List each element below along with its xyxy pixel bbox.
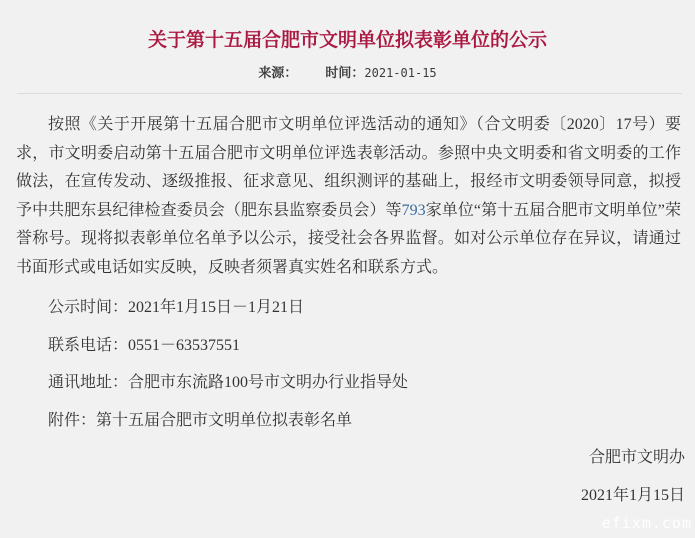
site-watermark: efixm.com [602, 514, 692, 532]
detail-value: 合肥市东流路100号市文明办行业指导处 [128, 374, 408, 391]
time-label: 时间： [325, 65, 364, 80]
detail-label: 附件： [48, 412, 96, 429]
meta-row: 来源：时间：2021-01-15 [0, 65, 695, 81]
detail-label: 通讯地址： [48, 374, 128, 391]
detail-publicity-period: 公示时间：2021年1月15日－1月21日 [16, 294, 681, 323]
attachment-name: 第十五届合肥市文明单位拟表彰名单 [96, 412, 352, 429]
detail-value: 0551－63537551 [128, 337, 240, 354]
unit-count: 793 [402, 202, 426, 219]
detail-value: 2021年1月15日－1月21日 [128, 299, 304, 316]
signature-date: 2021年1月15日 [0, 482, 685, 511]
signature-org: 合肥市文明办 [0, 444, 685, 473]
issuing-org: 合肥市文明办 [589, 449, 685, 466]
detail-mailing-address: 通讯地址：合肥市东流路100号市文明办行业指导处 [16, 369, 681, 398]
page-title: 关于第十五届合肥市文明单位拟表彰单位的公示 [0, 0, 695, 54]
detail-label: 公示时间： [48, 299, 128, 316]
issue-date: 2021年1月15日 [581, 487, 685, 504]
source-label: 来源： [258, 65, 297, 80]
announcement-page: 关于第十五届合肥市文明单位拟表彰单位的公示 来源：时间：2021-01-15 按… [0, 0, 695, 538]
detail-attachment: 附件：第十五届合肥市文明单位拟表彰名单 [16, 407, 681, 436]
announcement-body: 按照《关于开展第十五届合肥市文明单位评选活动的通知》（合文明委〔2020〕17号… [16, 111, 681, 282]
header-divider [17, 93, 682, 94]
detail-label: 联系电话： [48, 337, 128, 354]
detail-contact-phone: 联系电话：0551－63537551 [16, 332, 681, 361]
publish-date: 2021-01-15 [364, 66, 436, 80]
